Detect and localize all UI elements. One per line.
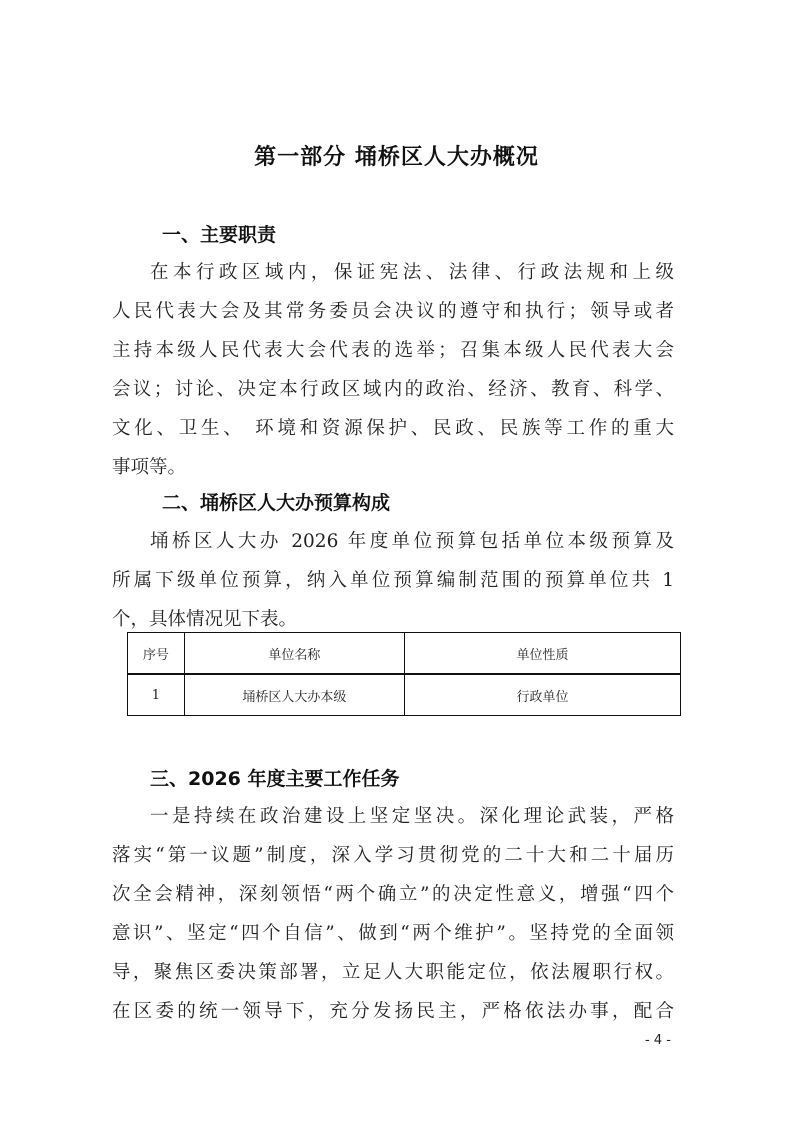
section-heading-work-tasks: 三、2026 年度主要工作任务 bbox=[150, 764, 400, 791]
page-number: - 4 - bbox=[645, 1033, 671, 1048]
table-header-cell: 单位性质 bbox=[405, 633, 681, 675]
document-page: 第一部分 埇桥区人大办概况 一、主要职责 在本行政区域内，保证宪法、法律、行政法… bbox=[0, 0, 793, 1122]
page-title: 第一部分 埇桥区人大办概况 bbox=[0, 140, 793, 171]
paragraph-line: 埇桥区人大办 2026 年度单位预算包括单位本级预算及 bbox=[150, 527, 674, 553]
table-header-row: 序号 单位名称 单位性质 bbox=[128, 633, 681, 675]
table-cell: 1 bbox=[128, 674, 185, 716]
paragraph-line: 意识”、坚定“四个自信”、做到“两个维护”。坚持党的全面领 bbox=[112, 919, 674, 945]
paragraph-line: 所属下级单位预算，纳入单位预算编制范围的预算单位共 1 bbox=[112, 566, 674, 592]
paragraph-line: 落实“第一议题”制度，深入学习贯彻党的二十大和二十届历 bbox=[112, 841, 674, 867]
table-cell: 行政单位 bbox=[405, 674, 681, 716]
paragraph-line: 导，聚焦区委决策部署，立足人大职能定位，依法履职行权。 bbox=[112, 958, 674, 984]
table-cell: 埇桥区人大办本级 bbox=[184, 674, 404, 716]
paragraph-line: 事项等。 bbox=[112, 453, 674, 479]
table-header-cell: 单位名称 bbox=[184, 633, 404, 675]
table-header-cell: 序号 bbox=[128, 633, 185, 675]
paragraph-line: 人民代表大会及其常务委员会决议的遵守和执行；领导或者 bbox=[112, 297, 674, 323]
section-heading-budget-composition: 二、埇桥区人大办预算构成 bbox=[162, 488, 390, 515]
budget-units-table: 序号 单位名称 单位性质 1 埇桥区人大办本级 行政单位 bbox=[127, 632, 681, 716]
section-heading-duties: 一、主要职责 bbox=[162, 220, 276, 247]
paragraph-line: 在本行政区域内，保证宪法、法律、行政法规和上级 bbox=[150, 258, 674, 284]
paragraph-line: 在区委的统一领导下，充分发扬民主，严格依法办事，配合 bbox=[112, 997, 674, 1023]
paragraph-line: 主持本级人民代表大会代表的选举；召集本级人民代表大会 bbox=[112, 336, 674, 362]
paragraph-line: 个，具体情况见下表。 bbox=[112, 605, 674, 631]
table-row: 1 埇桥区人大办本级 行政单位 bbox=[128, 674, 681, 716]
paragraph-line: 一是持续在政治建设上坚定坚决。深化理论武装，严格 bbox=[150, 802, 674, 828]
paragraph-line: 会议；讨论、决定本行政区域内的政治、经济、教育、科学、 bbox=[112, 375, 674, 401]
paragraph-line: 次全会精神，深刻领悟“两个确立”的决定性意义，增强“四个 bbox=[112, 880, 674, 906]
paragraph-line: 文化、卫生、 环境和资源保护、民政、民族等工作的重大 bbox=[112, 414, 674, 440]
